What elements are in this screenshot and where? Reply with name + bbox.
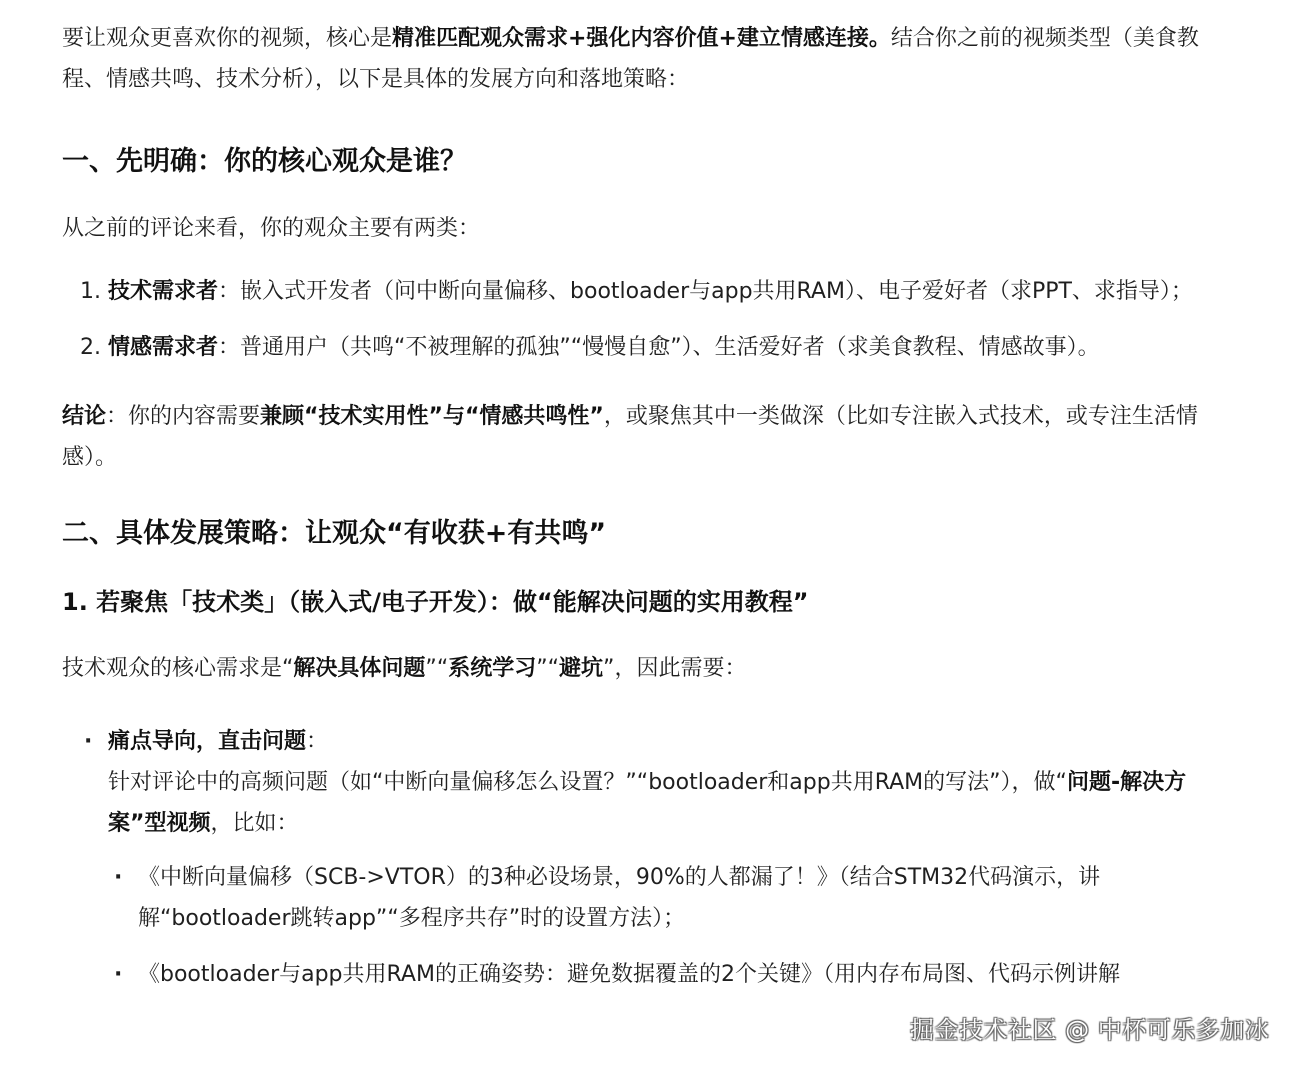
example-list: ·《中断向量偏移（SCB->VTOR）的3种必设场景，90%的人都漏了！》（结合… — [114, 857, 1222, 995]
audience-intro: 从之前的评论来看，你的观众主要有两类： — [62, 208, 1222, 249]
conclusion-emphasis: 兼顾“技术实用性”与“情感共鸣性” — [260, 404, 604, 429]
tech-need-3: 避坑 — [559, 656, 603, 681]
audience-item-tech: 1.技术需求者：嵌入式开发者（问中断向量偏移、bootloader与app共用R… — [80, 271, 1222, 312]
strategy-list: · 痛点导向，直击问题： 针对评论中的高频问题（如“中断向量偏移怎么设置？”“b… — [84, 721, 1222, 995]
tech-intro-paragraph: 技术观众的核心需求是“解决具体问题”“系统学习”“避坑”，因此需要： — [62, 648, 1222, 689]
example-text: 《中断向量偏移（SCB->VTOR）的3种必设场景，90%的人都漏了！》（结合S… — [138, 865, 1100, 931]
section-1-heading: 一、先明确：你的核心观众是谁？ — [62, 140, 1222, 184]
strategy-description: 针对评论中的高频问题（如“中断向量偏移怎么设置？”“bootloader和app… — [108, 762, 1222, 844]
watermark: 掘金技术社区 @ 中杯可乐多加冰 — [910, 1010, 1269, 1045]
strategy-item-pain-point: · 痛点导向，直击问题： 针对评论中的高频问题（如“中断向量偏移怎么设置？”“b… — [84, 721, 1222, 995]
audience-list: 1.技术需求者：嵌入式开发者（问中断向量偏移、bootloader与app共用R… — [80, 271, 1222, 368]
colon: ： — [306, 729, 328, 754]
tech-intro-end: ”，因此需要： — [603, 656, 746, 681]
intro-emphasis: 精准匹配观众需求+强化内容价值+建立情感连接。 — [392, 26, 891, 51]
conclusion-text: ：你的内容需要 — [106, 404, 260, 429]
bullet-icon: · — [114, 857, 122, 898]
audience-label: 技术需求者 — [108, 279, 218, 304]
conclusion-label: 结论 — [62, 404, 106, 429]
conclusion-paragraph: 结论：你的内容需要兼顾“技术实用性”与“情感共鸣性”，或聚焦其中一类做深（比如专… — [62, 396, 1222, 478]
strategy-title: 痛点导向，直击问题 — [108, 729, 306, 754]
section-2-heading: 二、具体发展策略：让观众“有收获+有共鸣” — [62, 512, 1222, 556]
audience-label: 情感需求者 — [108, 335, 218, 360]
strategy-text: 针对评论中的高频问题（如“中断向量偏移怎么设置？”“bootloader和app… — [108, 770, 1067, 795]
strategy-text-end: ，比如： — [210, 811, 298, 836]
document-body: 要让观众更喜欢你的视频，核心是精准匹配观众需求+强化内容价值+建立情感连接。结合… — [62, 18, 1222, 1010]
list-number: 2. — [80, 327, 101, 368]
intro-text: 要让观众更喜欢你的视频，核心是 — [62, 26, 392, 51]
quote-sep: ”“ — [425, 656, 448, 681]
strategy-title-line: 痛点导向，直击问题： — [108, 721, 1222, 762]
audience-item-emotion: 2.情感需求者：普通用户（共鸣“不被理解的孤独”“慢慢自愈”）、生活爱好者（求美… — [80, 327, 1222, 368]
subsection-tech-heading: 1. 若聚焦「技术类」（嵌入式/电子开发）：做“能解决问题的实用教程” — [62, 582, 1222, 622]
tech-need-1: 解决具体问题 — [293, 656, 425, 681]
quote-sep: ”“ — [536, 656, 559, 681]
example-text: 《bootloader与app共用RAM的正确姿势：避免数据覆盖的2个关键》（用… — [138, 962, 1120, 987]
example-item: ·《中断向量偏移（SCB->VTOR）的3种必设场景，90%的人都漏了！》（结合… — [114, 857, 1222, 939]
intro-paragraph: 要让观众更喜欢你的视频，核心是精准匹配观众需求+强化内容价值+建立情感连接。结合… — [62, 18, 1222, 100]
audience-text: ：嵌入式开发者（问中断向量偏移、bootloader与app共用RAM）、电子爱… — [218, 279, 1193, 304]
bullet-icon: · — [84, 721, 92, 762]
bullet-icon: · — [114, 954, 122, 995]
audience-text: ：普通用户（共鸣“不被理解的孤独”“慢慢自愈”）、生活爱好者（求美食教程、情感故… — [218, 335, 1100, 360]
example-item: ·《bootloader与app共用RAM的正确姿势：避免数据覆盖的2个关键》（… — [114, 954, 1222, 995]
tech-intro-text: 技术观众的核心需求是“ — [62, 656, 293, 681]
list-number: 1. — [80, 271, 101, 312]
tech-need-2: 系统学习 — [448, 656, 536, 681]
